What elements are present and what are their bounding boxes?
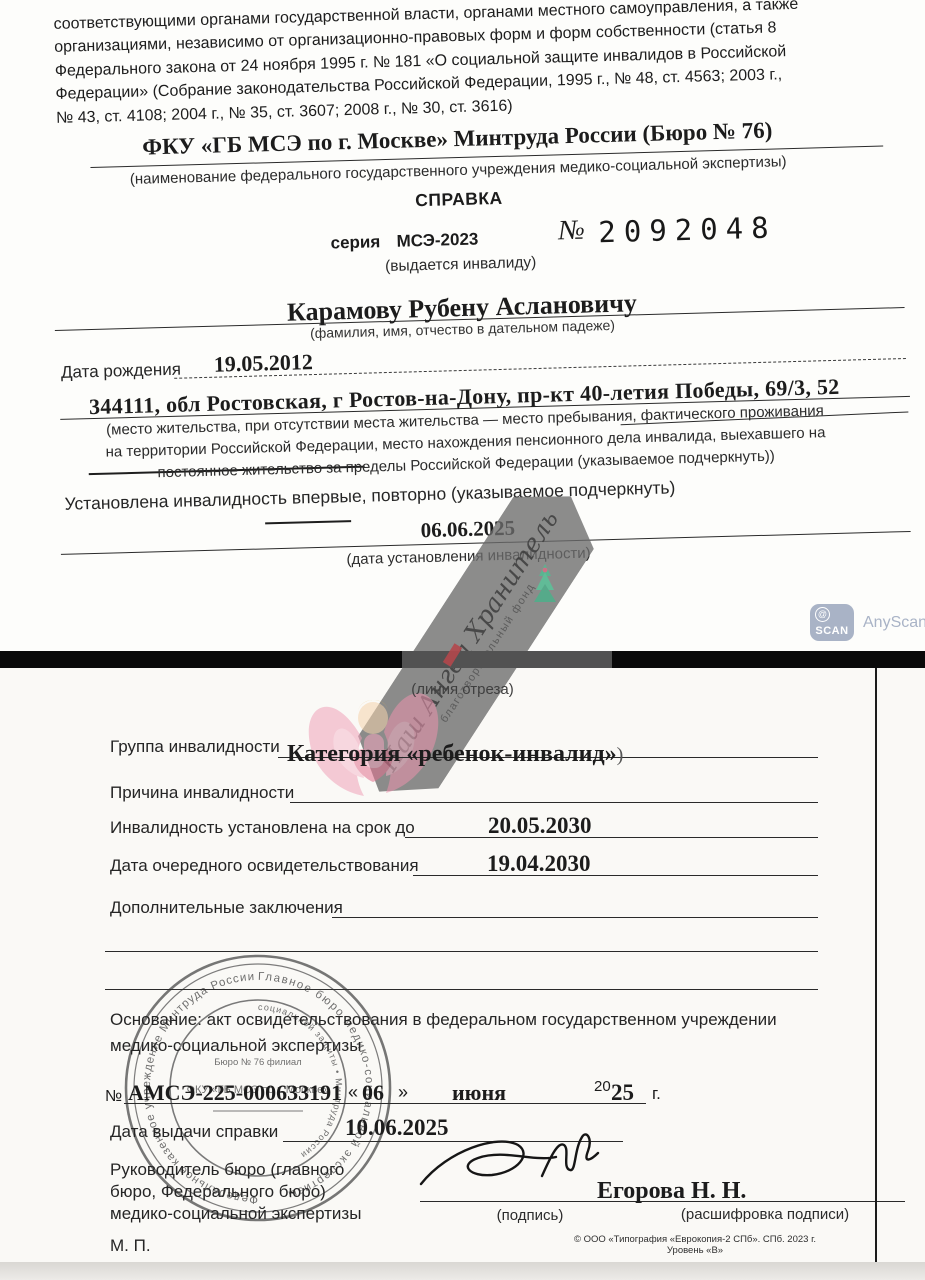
issue-date-label: Дата выдачи справки	[110, 1122, 278, 1142]
page-bottom-shadow	[0, 1262, 925, 1280]
term-label: Инвалидность установлена на срок до	[110, 818, 415, 838]
basis-line1: Основание: акт освидетельствования в фед…	[110, 1010, 777, 1030]
signature	[418, 1128, 618, 1203]
series-label: серия	[330, 232, 380, 253]
additional-conclusions-label: Дополнительные заключения	[110, 898, 343, 918]
certificate-number: 2092048	[598, 210, 777, 249]
quote-open: «	[348, 1082, 358, 1103]
year-suffix: г.	[652, 1084, 661, 1104]
disability-group-label: Группа инвалидности	[110, 737, 280, 757]
bureau-head-line2: бюро, Федерального бюро)	[110, 1182, 326, 1202]
scan-badge-text: SCAN	[810, 625, 854, 637]
group-value-trailing-paren: )	[617, 744, 624, 766]
head-name-caption: (расшифровка подписи)	[620, 1206, 910, 1223]
act-day-value: 06	[362, 1080, 384, 1106]
number-sign: №	[558, 215, 585, 248]
act-number-value: АМСЭ-225-000633191	[128, 1080, 342, 1106]
act-month-value: июня	[452, 1080, 506, 1106]
term-line	[405, 837, 818, 838]
next-examination-label: Дата очередного освидетельствования	[110, 856, 419, 876]
act-year-value: 25	[611, 1080, 634, 1106]
print-house-footer: © ООО «Типография «Еврокопия-2 СПб». СПб…	[560, 1234, 830, 1256]
birthdate-label: Дата рождения	[61, 360, 181, 383]
anyscanner-badge-icon: @ SCAN	[810, 604, 854, 641]
year-prefix: 20	[594, 1078, 611, 1095]
bureau-head-line3: медико-социальной экспертизы	[110, 1204, 361, 1224]
quote-close: »	[398, 1082, 408, 1103]
legal-paragraph: соответствующими органами государственно…	[53, 0, 888, 130]
page-edge-line	[875, 668, 877, 1262]
sparkle-icon	[528, 562, 562, 604]
anyscanner-label: AnyScanner	[863, 614, 925, 632]
cut-line-caption: (линия отреза)	[0, 681, 925, 698]
certificate-top-page: соответствующими органами государственно…	[0, 0, 925, 652]
additional-conclusions-line	[332, 917, 818, 918]
at-circle-icon: @	[815, 607, 830, 622]
blank-line	[105, 951, 818, 952]
disability-statement: Установлена инвалидность впервые, повтор…	[64, 477, 675, 515]
birthdate-value: 19.05.2012	[213, 349, 313, 378]
stamp-place-label: М. П.	[110, 1236, 151, 1256]
blank-line	[105, 989, 818, 990]
basis-line2: медико-социальной экспертизы	[110, 1036, 361, 1056]
act-number-sign: №	[105, 1088, 122, 1106]
disability-cause-label: Причина инвалидности	[110, 783, 294, 803]
group-value-text: Категория «ребенок-инвалид»	[287, 741, 617, 767]
divider-ribbon-overlap	[402, 651, 612, 668]
top-page-content: соответствующими органами государственно…	[0, 0, 925, 652]
series-value: МСЭ-2023	[396, 230, 478, 252]
term-value: 20.05.2030	[488, 813, 592, 839]
disability-cause-line	[290, 802, 818, 803]
anyscanner-logo: @ SCAN AnyScanner	[810, 604, 925, 641]
disability-group-value: Категория «ребенок-инвалид»)	[287, 741, 623, 768]
stamp-center-line1: Бюро № 76 филиал	[214, 1057, 301, 1068]
scanned-certificate: соответствующими органами государственно…	[0, 0, 925, 1280]
bureau-head-line1: Руководитель бюро (главного	[110, 1160, 344, 1180]
next-examination-line	[413, 875, 818, 876]
head-name-value: Егорова Н. Н.	[597, 1178, 746, 1205]
next-examination-value: 19.04.2030	[487, 851, 591, 877]
